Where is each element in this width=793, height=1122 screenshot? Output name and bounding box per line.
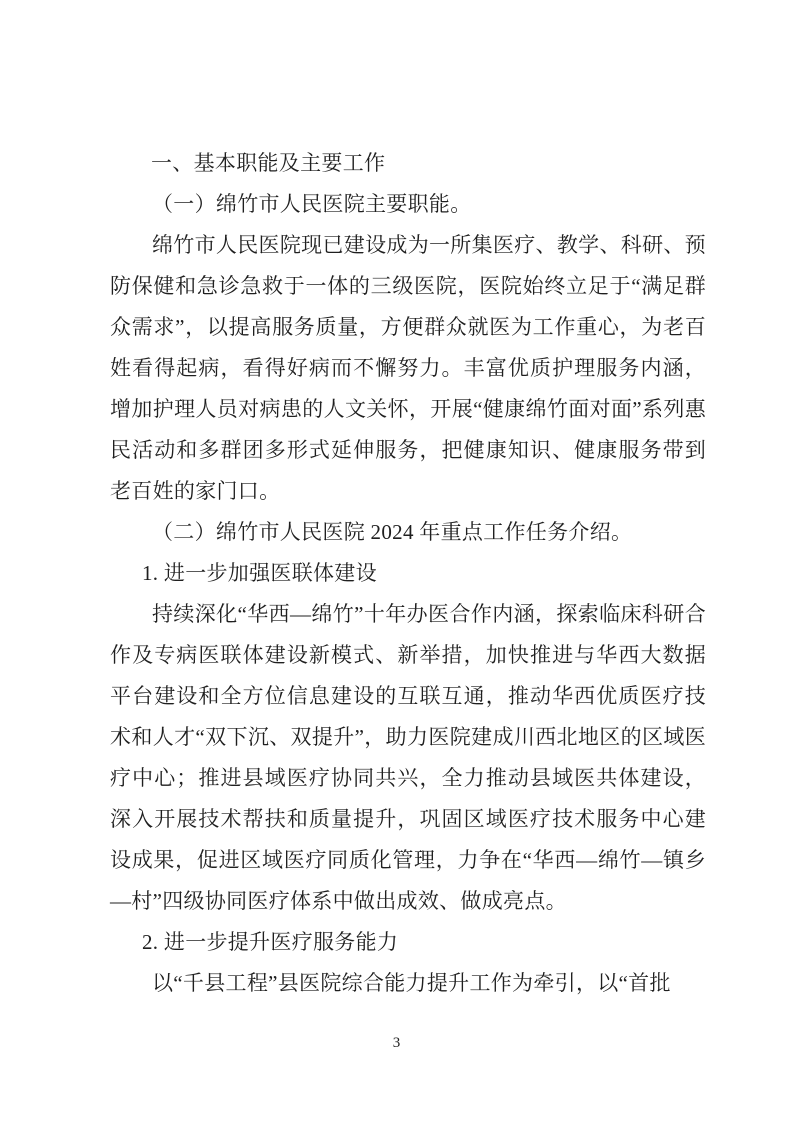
page-number: 3 <box>0 1033 793 1053</box>
subsection-heading-1: （一）绵竹市人民医院主要职能。 <box>110 184 706 225</box>
page-content: 一、基本职能及主要工作 （一）绵竹市人民医院主要职能。 绵竹市人民医院现已建设成… <box>110 143 706 1004</box>
paragraph-hospital-functions: 绵竹市人民医院现已建设成为一所集医疗、教学、科研、预防保健和急诊急救于一体的三级… <box>110 225 706 512</box>
item-heading-2: 2. 进一步提升医疗服务能力 <box>110 922 706 963</box>
paragraph-medical-alliance: 持续深化“华西—绵竹”十年办医合作内涵，探索临床科研合作及专病医联体建设新模式、… <box>110 594 706 922</box>
item-heading-1: 1. 进一步加强医联体建设 <box>110 553 706 594</box>
document-page: 一、基本职能及主要工作 （一）绵竹市人民医院主要职能。 绵竹市人民医院现已建设成… <box>0 0 793 1122</box>
section-heading: 一、基本职能及主要工作 <box>110 143 706 184</box>
paragraph-service-capability: 以“千县工程”县医院综合能力提升工作为牵引，以“首批 <box>110 963 706 1004</box>
subsection-heading-2: （二）绵竹市人民医院 2024 年重点工作任务介绍。 <box>110 512 706 553</box>
